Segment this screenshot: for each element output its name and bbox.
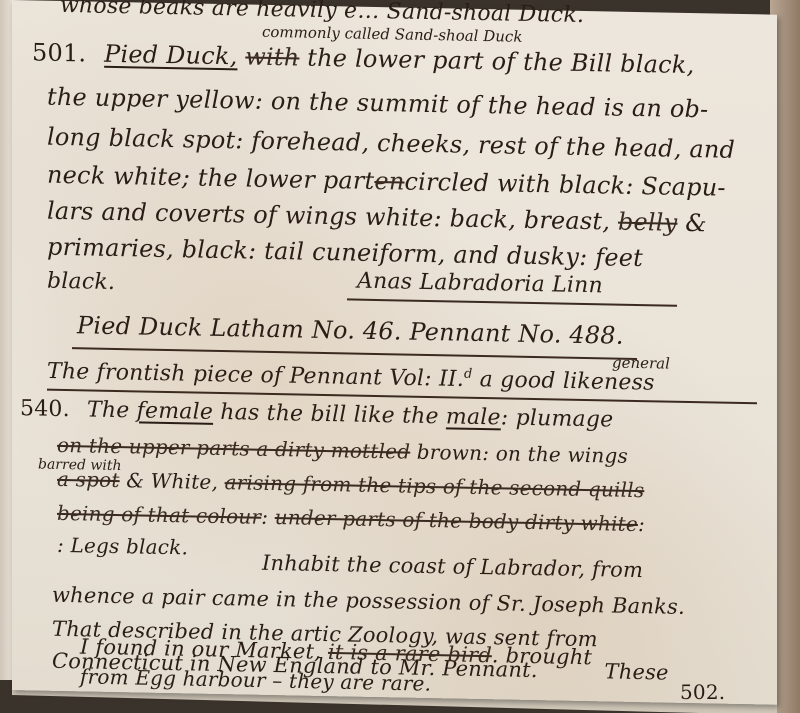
- text: brown: on the wings: [417, 440, 628, 468]
- line-7: black.: [47, 269, 115, 295]
- page-number: 502.: [680, 680, 725, 704]
- struck-text: en: [374, 167, 404, 196]
- text: : Legs black.: [57, 533, 188, 560]
- references-underline: [72, 347, 637, 359]
- latin-underline: [347, 298, 677, 306]
- line-13: being of that colour: under parts of the…: [57, 501, 645, 536]
- text: The: [87, 397, 129, 423]
- text: The frontish piece of Pennant Vol: II.: [47, 359, 464, 392]
- text: :: [501, 405, 509, 430]
- line-14-habitat: Inhabit the coast of Labrador, from: [262, 551, 643, 582]
- text: lars and coverts of wings white: back, b…: [47, 197, 610, 236]
- species-name: Pied Duck,: [104, 40, 237, 71]
- struck-text: being of that colour: [57, 501, 261, 529]
- struck-text: a spot: [57, 467, 120, 492]
- text: circled with black: Scapu-: [404, 168, 725, 202]
- text: These: [605, 659, 669, 684]
- text: black.: [47, 269, 115, 295]
- insertion-general: general: [612, 354, 670, 373]
- struck-text: it is a rare bird: [328, 640, 492, 667]
- line-10: 540. The female has the bill like the ma…: [20, 396, 613, 432]
- line-8-references: Pied Duck Latham No. 46. Pennant No. 488…: [77, 311, 624, 349]
- struck-text: belly: [618, 208, 677, 237]
- text: plumage: [516, 406, 614, 433]
- line-11: on the upper parts a dirty mottled brown…: [57, 433, 628, 468]
- text: . brought: [492, 643, 593, 669]
- text: &: [685, 209, 707, 237]
- line-12: a spot & White, arising from the tips of…: [57, 467, 644, 502]
- line-1: 501. Pied Duck, with the lower part of t…: [32, 38, 694, 79]
- line-2: the upper yellow: on the summit of the h…: [47, 83, 708, 124]
- text: has the bill like the: [220, 400, 438, 429]
- text: & White,: [126, 468, 218, 494]
- entry-number: 501.: [32, 38, 86, 67]
- line-15: whence a pair came in the possession of …: [52, 583, 685, 619]
- text: :: [261, 505, 268, 529]
- superscript: d: [464, 367, 473, 382]
- latin-name: Anas Labradoria Linn: [357, 269, 603, 299]
- text: :: [638, 512, 645, 536]
- struck-text: under parts of the body dirty white: [275, 505, 638, 536]
- struck-text: arising from the tips of the second quil…: [225, 470, 645, 502]
- line-6: primaries, black: tail cuneiform, and du…: [47, 233, 643, 272]
- entry-number: 540.: [20, 396, 70, 422]
- line-5: lars and coverts of wings white: back, b…: [47, 197, 707, 238]
- line-3: long black spot: forehead, cheeks, rest …: [47, 123, 735, 164]
- insertion-commonly-called: commonly called Sand-shoal Duck: [262, 23, 522, 46]
- text: neck white; the lower part: [47, 161, 374, 195]
- manuscript-page: whose beaks are heavily e… Sand-shoal Du…: [12, 0, 777, 705]
- text: the lower part of the Bill black,: [307, 44, 694, 79]
- male-label: male: [446, 404, 501, 430]
- line-4: neck white; the lower partencircled with…: [47, 161, 726, 202]
- line-14: : Legs black.: [57, 533, 188, 560]
- female-label: female: [137, 398, 213, 424]
- text: I found in our Market,: [80, 635, 322, 664]
- struck-text: with: [245, 42, 299, 71]
